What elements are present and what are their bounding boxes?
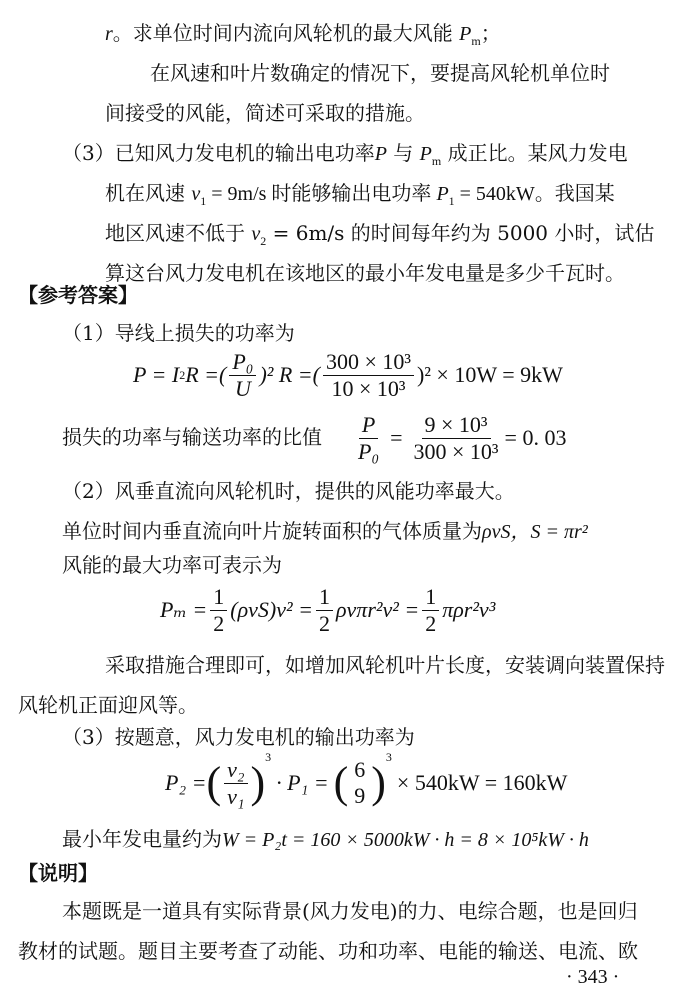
numerator: 6	[351, 757, 368, 783]
note-line-1: 本题既是一道具有实际背景(风力发电)的力、电综合题，也是回归	[62, 896, 638, 926]
sym-v: v	[251, 223, 260, 245]
text: 最小年发电量约为	[62, 827, 222, 851]
text: 机在风速	[105, 181, 191, 205]
text: 与	[387, 141, 420, 165]
equals: =	[390, 425, 402, 451]
denominator: U	[232, 376, 254, 402]
denominator: 2	[422, 611, 439, 637]
formula-max-power: Pₘ = 12 (ρvS)v² = 12 ρvπr²v² = 12 πρr²v³	[160, 580, 495, 640]
text: ；	[481, 21, 501, 45]
fraction-current: 300 × 10³10 × 10³	[323, 349, 414, 402]
text: = 540kW。我国某	[455, 183, 615, 205]
question3-line-1: （3）已知风力发电机的输出电功率P 与 Pm 成正比。某风力发电	[62, 138, 628, 176]
note-heading: 【说明】	[18, 858, 98, 888]
formula-power-loss: P = I2R =( P₀U )² R =( 300 × 10³10 × 10³…	[133, 345, 563, 405]
text: = 6m/s 的时间每年约为 5000 小时，试估	[266, 221, 654, 245]
denominator: 10 × 10³	[328, 376, 408, 402]
sym-P: P	[420, 143, 432, 165]
question-line-1: r。求单位时间内流向风轮机的最大风能 Pm；	[105, 18, 501, 56]
f-mid: · P₁ =	[276, 770, 328, 796]
numerator: v₂	[224, 757, 247, 784]
text: 地区风速不低于	[105, 221, 251, 245]
sym-P: P	[375, 143, 387, 165]
f-lhs: Pₘ =	[160, 597, 207, 623]
numerator: 1	[316, 584, 333, 611]
answer-part1-intro: （1）导线上损失的功率为	[62, 318, 295, 348]
question-line-2: 在风速和叶片数确定的情况下，要提高风轮机单位时	[150, 58, 610, 88]
denominator: 2	[316, 611, 333, 637]
f-text: R =(	[185, 362, 226, 388]
answer-heading: 【参考答案】	[18, 280, 138, 310]
question3-line-3: 地区风速不低于 v2 = 6m/s 的时间每年约为 5000 小时，试估	[105, 218, 654, 256]
text: = 9m/s 时能够输出电功率	[206, 183, 436, 205]
question3-line-4: 算这台风力发电机在该地区的最小年发电量是多少千瓦时。	[105, 258, 625, 288]
f-term: πρr²v³	[442, 597, 495, 623]
numerator: 1	[422, 584, 439, 611]
fraction-P-over-P0: PP₀	[355, 412, 382, 465]
question-line-3: 间接受的风能，简述可采取的措施。	[105, 98, 425, 128]
sym-P: P	[436, 183, 448, 205]
numerator: P₀	[229, 349, 256, 376]
answer-part2-max: 风能的最大功率可表示为	[62, 550, 282, 580]
text: 。求单位时间内流向风轮机的最大风能	[113, 21, 453, 45]
answer-part2-mass: 单位时间内垂直流向叶片旋转面积的气体质量为ρvS，S = πr²	[62, 516, 588, 547]
formula-ratio: PP₀ = 9 × 10³300 × 10³ = 0. 03	[352, 408, 566, 468]
ratio-label: 损失的功率与输送功率的比值	[62, 422, 322, 452]
denominator: 2	[210, 611, 227, 637]
question3-line-2: 机在风速 v1 = 9m/s 时能够输出电功率 P1 = 540kW。我国某	[105, 178, 615, 216]
fraction-half: 12	[422, 584, 439, 637]
mass-expression: ρvS，S = πr²	[482, 521, 588, 543]
denominator: 9	[351, 783, 368, 809]
answer-part2-intro: （2）风垂直流向风轮机时，提供的风能功率最大。	[62, 476, 515, 506]
right-paren: )	[251, 761, 266, 805]
left-paren: (	[206, 761, 221, 805]
f-rhs: = 0. 03	[505, 425, 567, 451]
answer-annual-energy: 最小年发电量约为W = P₂t = 160 × 5000kW · h = 8 ×…	[62, 824, 589, 855]
right-paren: )	[371, 761, 386, 805]
denominator: v₁	[224, 784, 247, 810]
sym-v: v	[191, 183, 200, 205]
var-r: r	[105, 23, 113, 45]
text: 成正比。某风力发电	[441, 141, 627, 165]
sub-m: m	[471, 34, 480, 48]
sub-m: m	[432, 154, 441, 168]
denominator: P₀	[355, 439, 382, 465]
numerator: 9 × 10³	[422, 412, 491, 439]
numerator: 300 × 10³	[323, 349, 414, 376]
answer-measures-2: 风轮机正面迎风等。	[18, 690, 198, 720]
energy-expression: W = P₂t = 160 × 5000kW · h = 8 × 10⁵kW ·…	[222, 829, 589, 851]
f-term: (ρvS)v² =	[230, 597, 313, 623]
f-rhs: )² × 10W = 9kW	[417, 362, 563, 388]
answer-part3-intro: （3）按题意，风力发电机的输出功率为	[62, 722, 415, 752]
fraction-ratio-values: 9 × 10³300 × 10³	[411, 412, 502, 465]
fraction-half: 12	[210, 584, 227, 637]
denominator: 300 × 10³	[411, 439, 502, 465]
exponent: 3	[265, 750, 271, 765]
fraction-half: 12	[316, 584, 333, 637]
fraction-v2-over-v1: v₂v₁	[224, 757, 247, 810]
numerator: 1	[210, 584, 227, 611]
f-term: ρvπr²v² =	[336, 597, 419, 623]
page-number: · 343 ·	[566, 966, 619, 989]
text: （3）已知风力发电机的输出电功率	[62, 141, 375, 165]
exponent: 3	[386, 750, 392, 765]
formula-output-power: P₂ = ( v₂v₁ )3 · P₁ = ( 69 )3 × 540kW = …	[165, 750, 572, 816]
f-rhs: × 540kW = 160kW	[397, 770, 567, 796]
fraction-6-over-9: 69	[351, 757, 368, 809]
left-paren: (	[334, 761, 349, 805]
fraction-P0-over-U: P₀U	[229, 349, 256, 402]
numerator: P	[359, 412, 378, 439]
f-text: )² R =(	[259, 362, 320, 388]
answer-measures-1: 采取措施合理即可，如增加风轮机叶片长度，安装调向装置保持	[105, 650, 665, 680]
text: 单位时间内垂直流向叶片旋转面积的气体质量为	[62, 519, 482, 543]
note-line-2: 教材的试题。题目主要考查了动能、功和功率、电能的输送、电流、欧	[18, 936, 638, 966]
f-lhs: P₂ =	[165, 770, 206, 796]
f-lhs: P = I	[133, 362, 179, 388]
sym-P: P	[459, 23, 471, 45]
